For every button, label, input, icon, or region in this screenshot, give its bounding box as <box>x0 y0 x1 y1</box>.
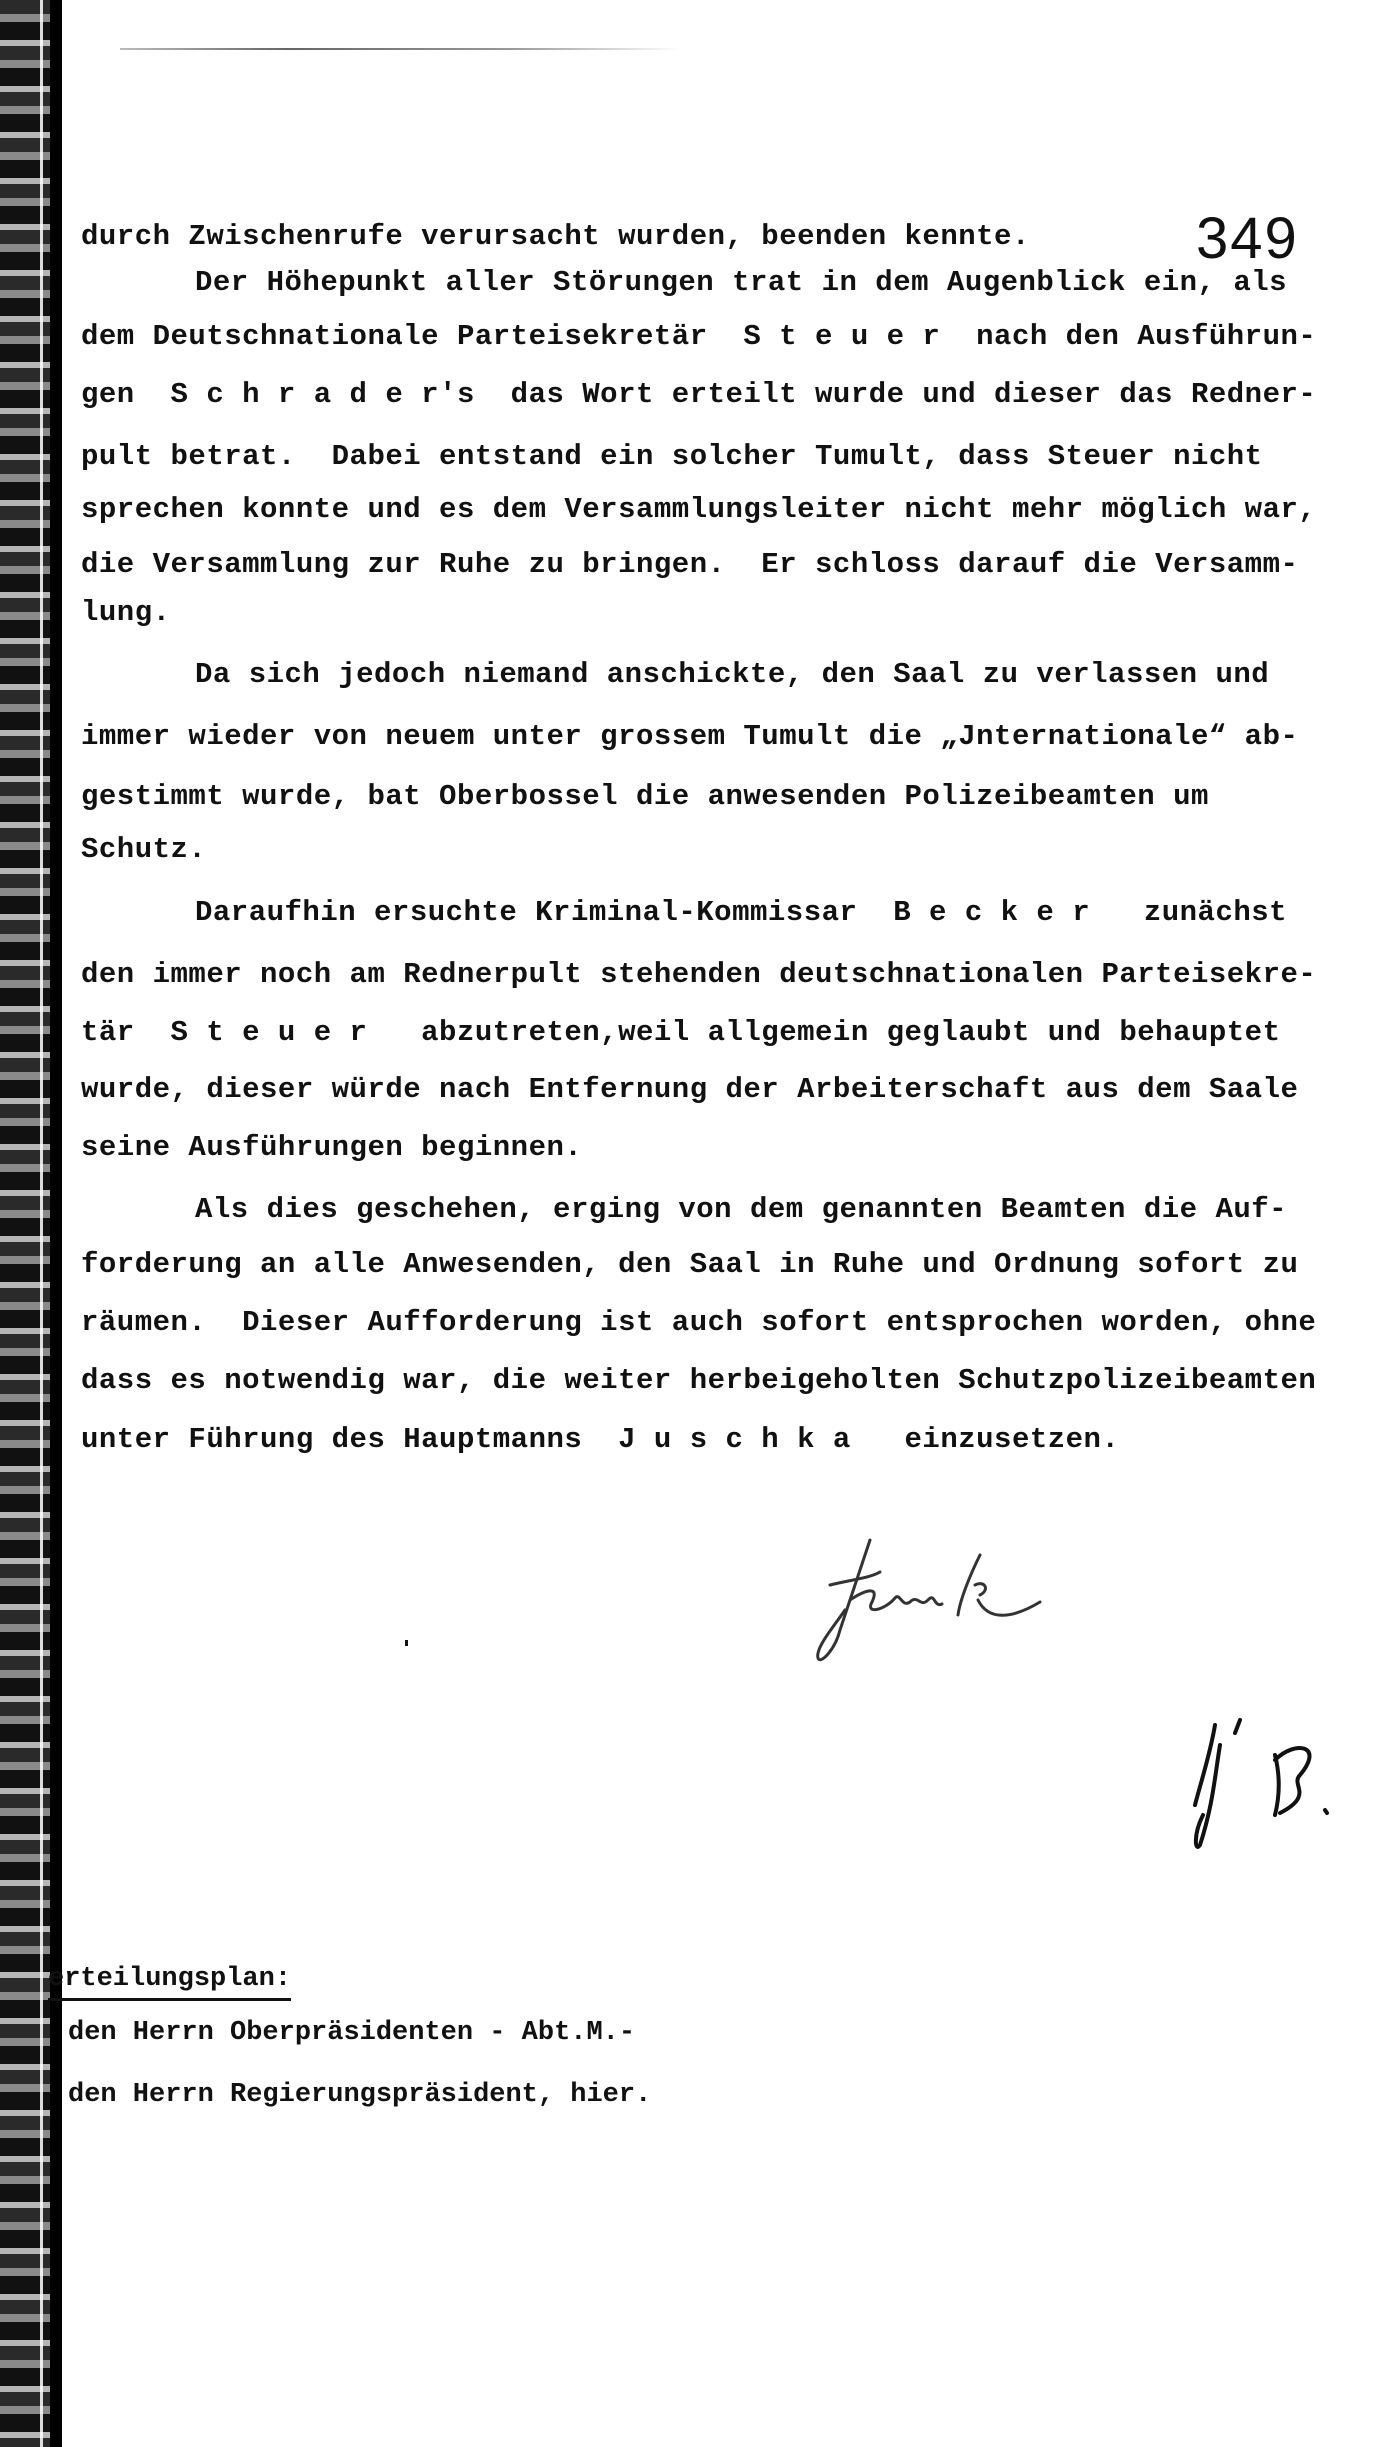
body-line: räumen. Dieser Aufforderung ist auch sof… <box>81 1308 1316 1337</box>
distribution-item: den Herrn Regierungspräsident, hier. <box>68 2080 651 2110</box>
binding-line <box>40 0 43 2447</box>
body-line: pult betrat. Dabei entstand ein solcher … <box>81 442 1263 471</box>
page-number: 349 <box>1196 205 1299 272</box>
top-smudge-line <box>120 48 680 50</box>
body-line: sprechen konnte und es dem Versammlungsl… <box>81 495 1316 524</box>
document-page: 349 durch Zwischenrufe verursacht wurden… <box>0 0 1400 2447</box>
body-line: dass es notwendig war, die weiter herbei… <box>81 1366 1316 1395</box>
signature-icon <box>810 1530 1110 1670</box>
body-line: seine Ausführungen beginnen. <box>81 1133 582 1162</box>
distribution-title: erteilungsplan: <box>48 1964 291 2001</box>
initials-icon <box>1185 1715 1345 1855</box>
body-line: Daraufhin ersuchte Kriminal-Kommissar B … <box>195 898 1287 927</box>
body-line: gen S c h r a d e r's das Wort erteilt w… <box>81 380 1316 409</box>
body-line: Als dies geschehen, erging von dem genan… <box>195 1195 1287 1224</box>
body-line: den immer noch am Rednerpult stehenden d… <box>81 960 1316 989</box>
body-line: die Versammlung zur Ruhe zu bringen. Er … <box>81 550 1298 579</box>
body-line: lung. <box>81 598 171 627</box>
body-line: immer wieder von neuem unter grossem Tum… <box>81 722 1298 751</box>
ink-dot <box>405 1640 408 1646</box>
body-line: gestimmt wurde, bat Oberbossel die anwes… <box>81 782 1209 811</box>
body-line: durch Zwischenrufe verursacht wurden, be… <box>81 222 1030 251</box>
body-line: tär S t e u e r abzutreten,weil allgemei… <box>81 1018 1281 1047</box>
body-line: wurde, dieser würde nach Entfernung der … <box>81 1075 1298 1104</box>
body-line: Der Höhepunkt aller Störungen trat in de… <box>195 268 1287 297</box>
body-line: Schutz. <box>81 835 206 864</box>
distribution-item: den Herrn Oberpräsidenten - Abt.M.- <box>68 2018 635 2048</box>
body-line: forderung an alle Anwesenden, den Saal i… <box>81 1250 1298 1279</box>
body-line: unter Führung des Hauptmanns J u s c h k… <box>81 1425 1119 1454</box>
binding-edge <box>50 0 62 2447</box>
body-line: dem Deutschnationale Parteisekretär S t … <box>81 322 1316 351</box>
body-line: Da sich jedoch niemand anschickte, den S… <box>195 660 1269 689</box>
